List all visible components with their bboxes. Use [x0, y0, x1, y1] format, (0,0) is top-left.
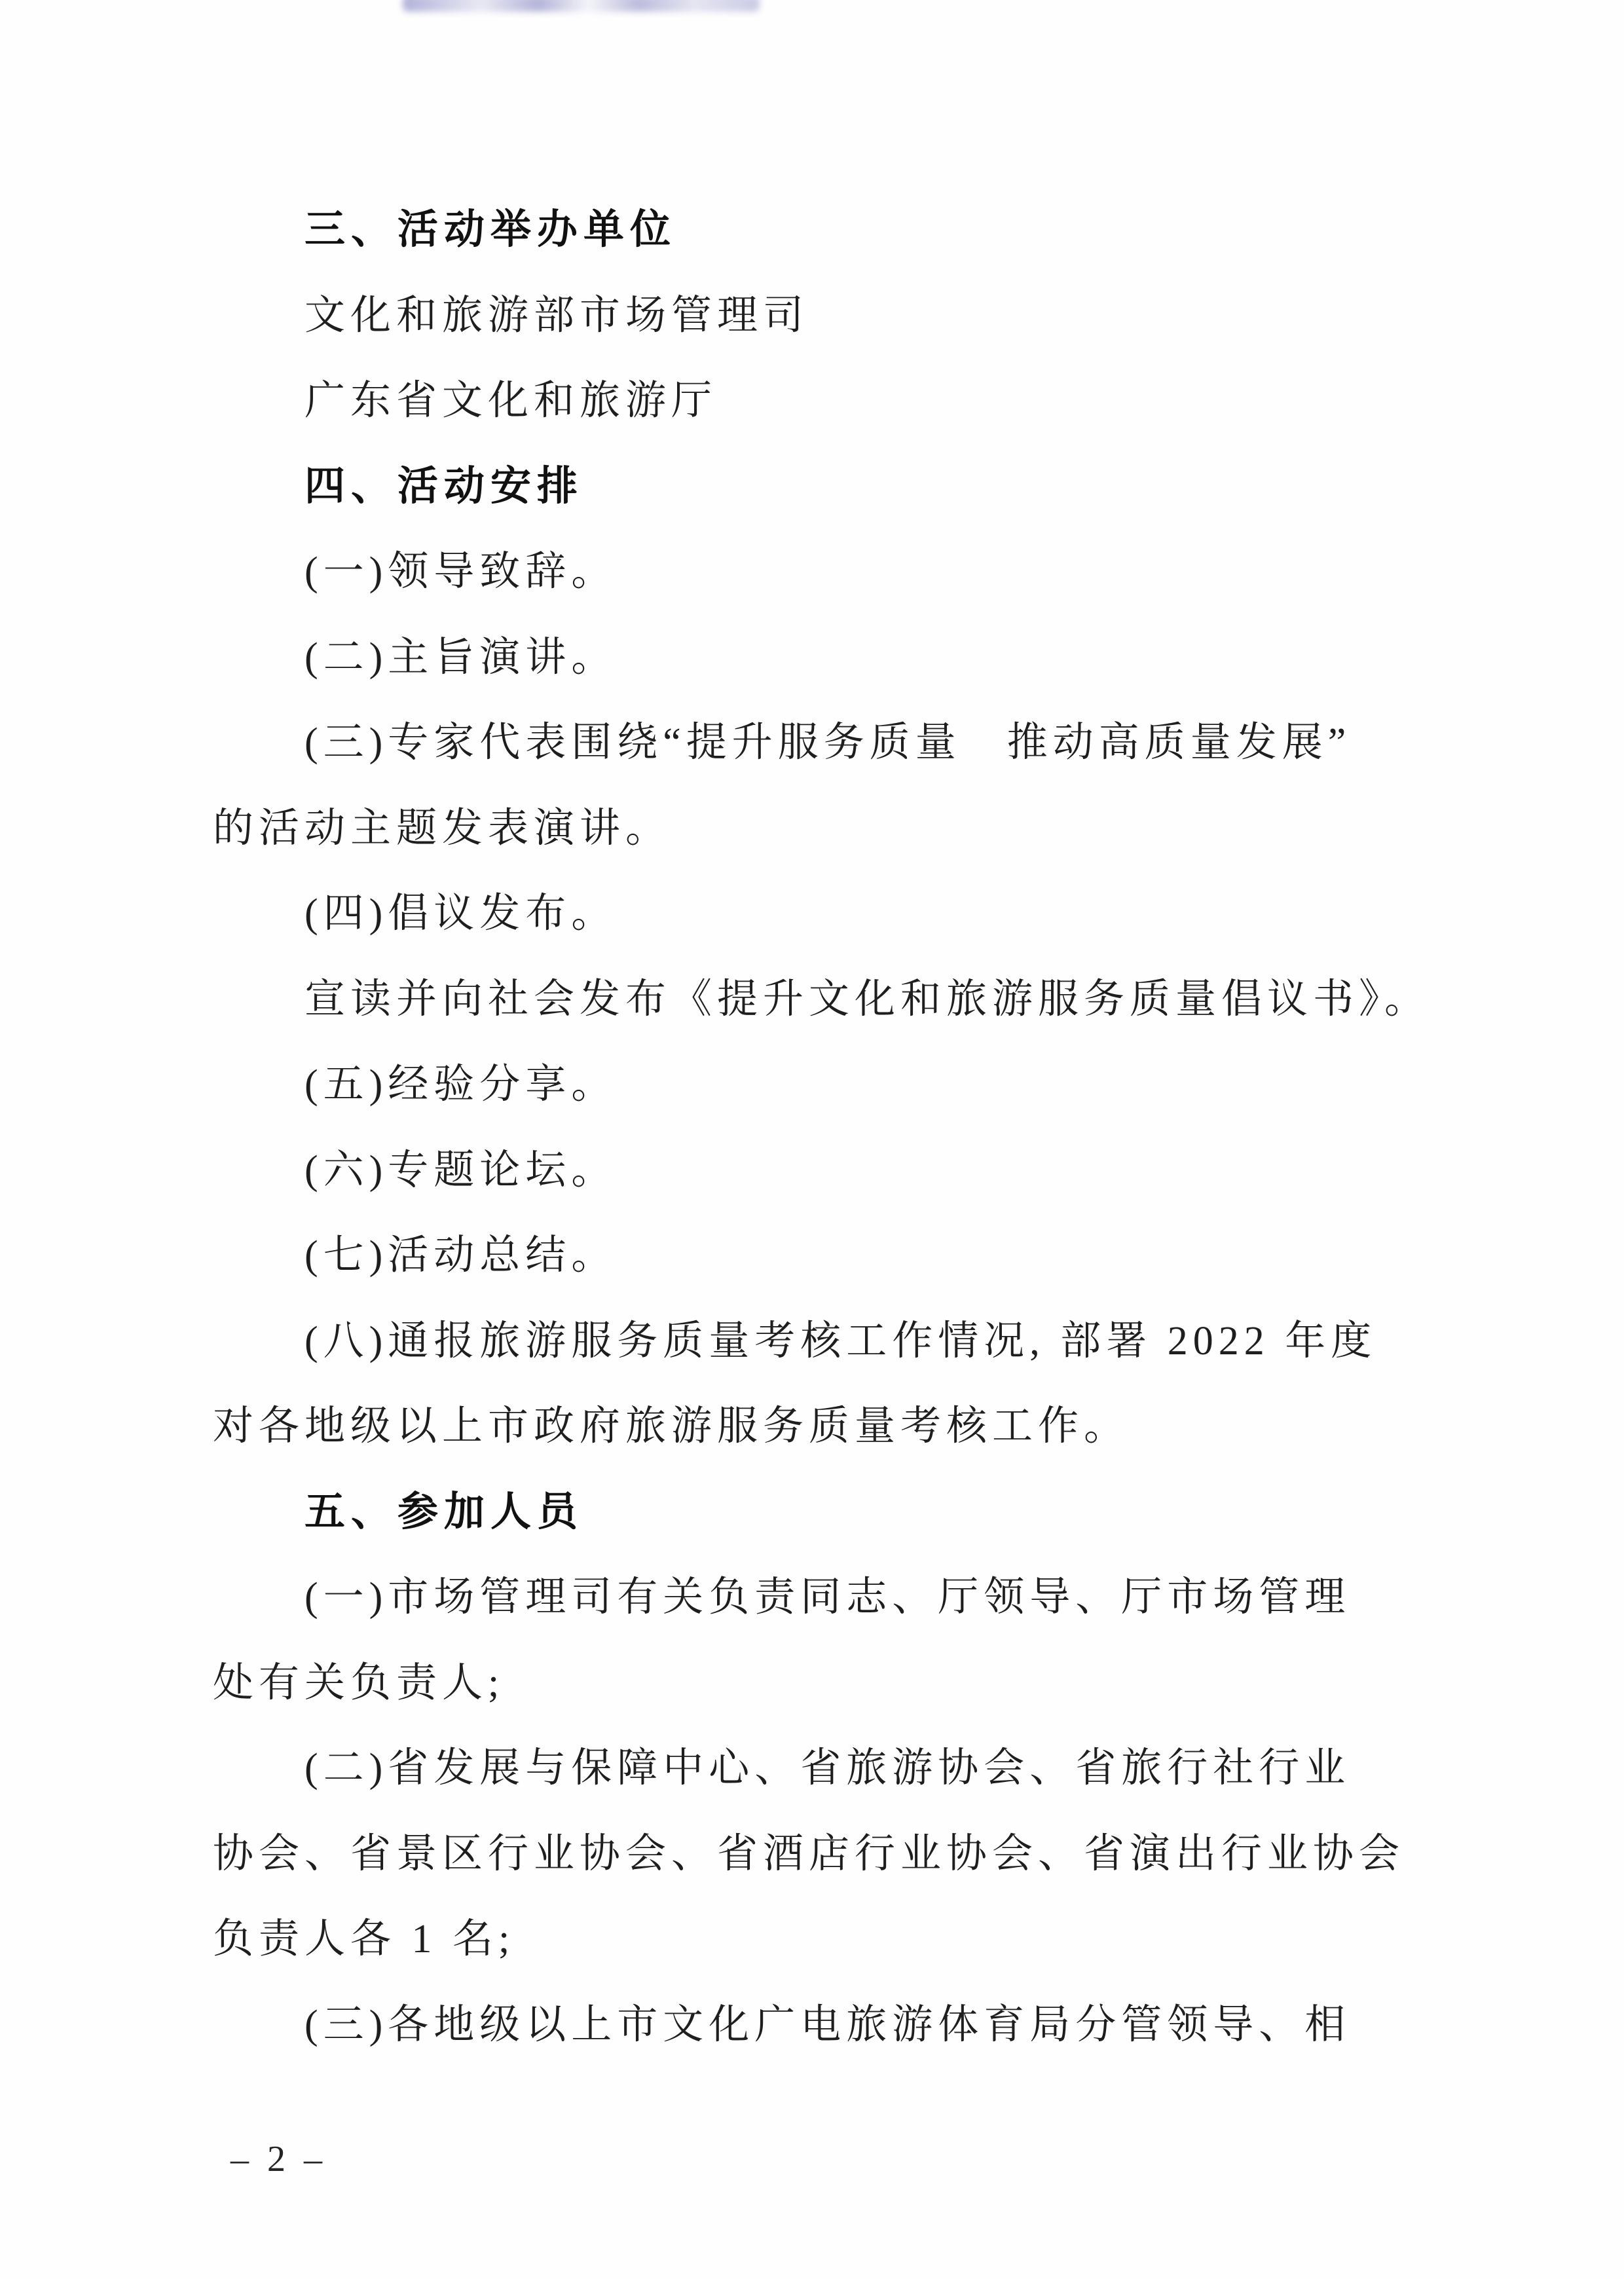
text-line: (六)专题论坛。 — [213, 1128, 1444, 1214]
text-line: 协会、省景区行业协会、省酒店行业协会、省演出行业协会 — [213, 1811, 1444, 1897]
document-body: 三、活动举办单位 文化和旅游部市场管理司 广东省文化和旅游厅 四、活动安排 (一… — [213, 187, 1444, 2067]
text-line: 对各地级以上市政府旅游服务质量考核工作。 — [213, 1384, 1444, 1470]
text-line: 宣读并向社会发布《提升文化和旅游服务质量倡议书》。 — [213, 957, 1444, 1043]
section-heading-4: 四、活动安排 — [213, 444, 1444, 530]
text-line: 广东省文化和旅游厅 — [213, 358, 1444, 444]
text-line: 的活动主题发表演讲。 — [213, 786, 1444, 872]
text-line: (二)省发展与保障中心、省旅游协会、省旅行社行业 — [213, 1726, 1444, 1811]
section-heading-5: 五、参加人员 — [213, 1470, 1444, 1555]
text-line: (三)专家代表围绕“提升服务质量 推动高质量发展” — [213, 700, 1444, 786]
text-line: (五)经验分享。 — [213, 1042, 1444, 1128]
text-line: (二)主旨演讲。 — [213, 615, 1444, 701]
scanned-document-page: 三、活动举办单位 文化和旅游部市场管理司 广东省文化和旅游厅 四、活动安排 (一… — [0, 0, 1624, 2279]
text-line: 文化和旅游部市场管理司 — [213, 273, 1444, 359]
text-line: (四)倡议发布。 — [213, 871, 1444, 957]
text-line: (一)市场管理司有关负责同志、厅领导、厅市场管理 — [213, 1555, 1444, 1640]
text-line: (八)通报旅游服务质量考核工作情况, 部署 2022 年度 — [213, 1299, 1444, 1384]
scan-artifact-smudge — [403, 0, 760, 12]
section-heading-3: 三、活动举办单位 — [213, 187, 1444, 273]
text-line: (三)各地级以上市文化广电旅游体育局分管领导、相 — [213, 1982, 1444, 2068]
text-line: (一)领导致辞。 — [213, 529, 1444, 615]
text-line: (七)活动总结。 — [213, 1213, 1444, 1299]
text-line: 负责人各 1 名; — [213, 1897, 1444, 1982]
text-line: 处有关负责人; — [213, 1640, 1444, 1726]
page-number: – 2 – — [231, 2136, 327, 2182]
